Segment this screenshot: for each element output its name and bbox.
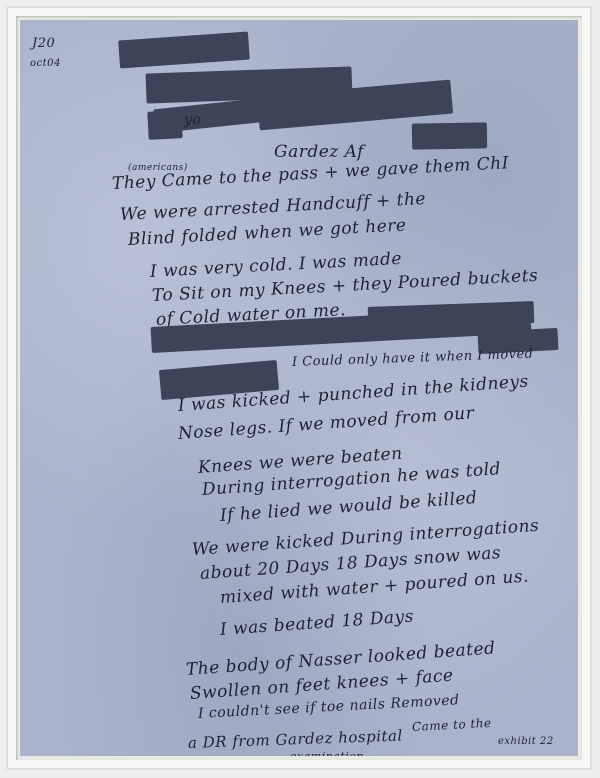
text-line: Gardez Af — [274, 142, 364, 162]
exhibit-label: exhibit 22 — [498, 736, 554, 747]
handwritten-document: J20 oct04 yo Gardez Af (americans) They … — [20, 20, 578, 756]
redaction-bar — [118, 31, 250, 68]
redaction-bar — [147, 110, 182, 140]
frame-inset: J20 oct04 yo Gardez Af (americans) They … — [16, 16, 582, 760]
text-line: I was beated 18 Days — [219, 606, 414, 640]
text-line: a DR from Gardez hospital — [188, 727, 403, 752]
text-line: yo — [184, 112, 201, 128]
redaction-bar — [412, 122, 487, 149]
note-date: oct04 — [30, 58, 61, 69]
text-line: examination — [290, 750, 364, 756]
text-line: I Could only have it when I moved — [292, 347, 534, 370]
picture-frame: J20 oct04 yo Gardez Af (americans) They … — [7, 7, 591, 769]
note-j20: J20 — [32, 36, 55, 51]
text-line: Came to the — [412, 716, 492, 734]
